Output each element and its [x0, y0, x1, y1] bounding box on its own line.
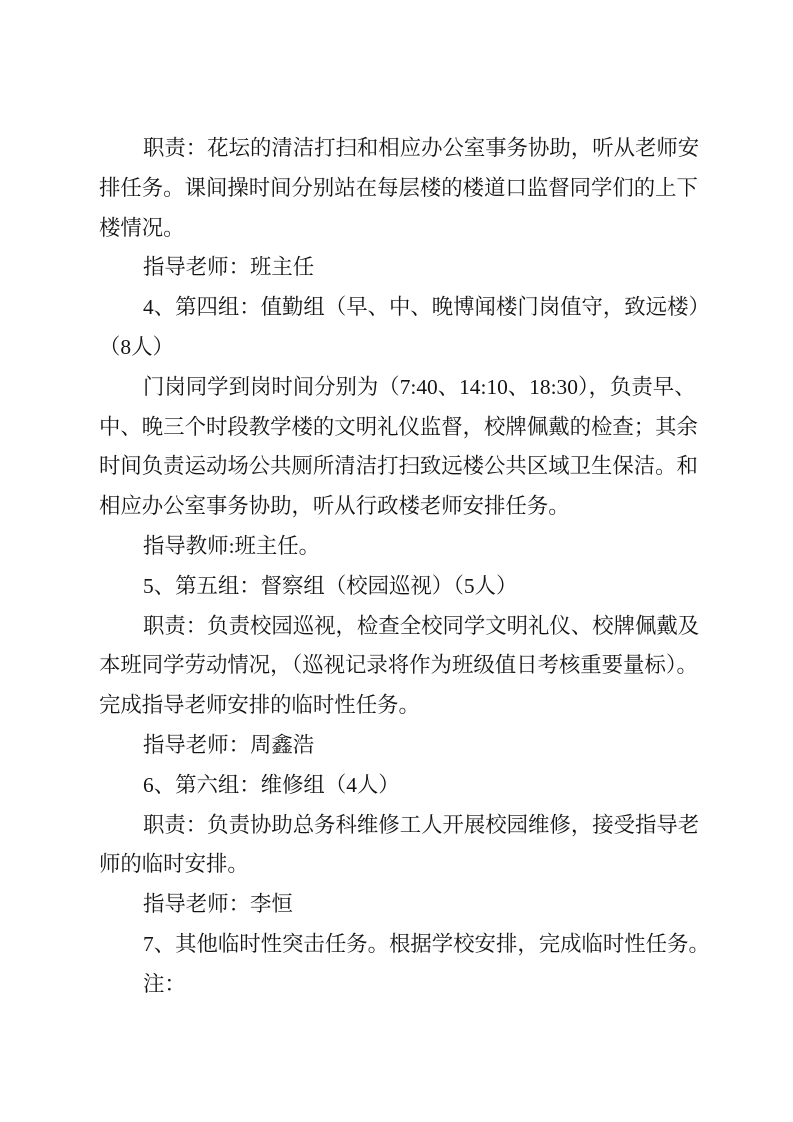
document-text-block: 职责：花坛的清洁打扫和相应办公室事务协助，听从老师安 排任务。课间操时间分别站在…	[99, 129, 739, 1005]
text-line: 指导老师：班主任	[99, 248, 739, 288]
document-page: 职责：花坛的清洁打扫和相应办公室事务协助，听从老师安 排任务。课间操时间分别站在…	[0, 0, 793, 1122]
text-line: 指导老师：周鑫浩	[99, 726, 739, 766]
text-line: 时间负责运动场公共厕所清洁打扫致远楼公共区域卫生保洁。和	[99, 447, 739, 487]
text-line: （8人）	[99, 328, 739, 368]
text-line: 7、其他临时性突击任务。根据学校安排，完成临时性任务。	[99, 925, 739, 965]
text-line: 排任务。课间操时间分别站在每层楼的楼道口监督同学们的上下	[99, 169, 739, 209]
text-line: 师的临时安排。	[99, 845, 739, 885]
text-line: 注：	[99, 965, 739, 1005]
text-line: 楼情况。	[99, 209, 739, 249]
text-line: 中、晚三个时段教学楼的文明礼仪监督，校牌佩戴的检查；其余	[99, 408, 739, 448]
text-line: 门岗同学到岗时间分别为（7:40、14:10、18:30），负责早、	[99, 368, 739, 408]
text-line: 相应办公室事务协助，听从行政楼老师安排任务。	[99, 487, 739, 527]
text-line: 本班同学劳动情况，（巡视记录将作为班级值日考核重要量标）。	[99, 646, 739, 686]
text-line: 职责：负责协助总务科维修工人开展校园维修，接受指导老	[99, 806, 739, 846]
text-line: 指导教师:班主任。	[99, 527, 739, 567]
text-line: 指导老师：李恒	[99, 885, 739, 925]
text-line: 职责：负责校园巡视，检查全校同学文明礼仪、校牌佩戴及	[99, 607, 739, 647]
text-line: 职责：花坛的清洁打扫和相应办公室事务协助，听从老师安	[99, 129, 739, 169]
text-line: 完成指导老师安排的临时性任务。	[99, 686, 739, 726]
text-line: 4、第四组：值勤组（早、中、晚博闻楼门岗值守，致远楼）	[99, 288, 739, 328]
text-line: 5、第五组：督察组（校园巡视）（5人）	[99, 567, 739, 607]
text-line: 6、第六组：维修组（4人）	[99, 766, 739, 806]
